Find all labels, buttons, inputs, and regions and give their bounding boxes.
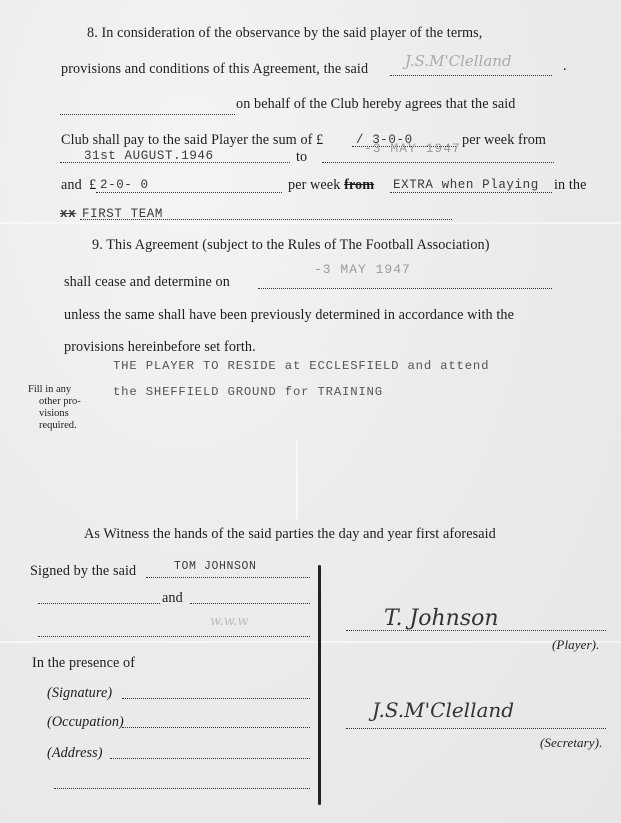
team-value: FIRST TEAM <box>82 207 163 221</box>
extra-sum-value: 2-0- 0 <box>100 178 149 192</box>
clause-8-line-1: 8. In consideration of the observance by… <box>87 25 482 42</box>
clause-8-line-2-text: provisions and conditions of this Agreem… <box>61 61 368 77</box>
presence-label: In the presence of <box>32 655 135 672</box>
faint-signature: w.w.w <box>210 614 249 629</box>
and-label: and <box>162 590 183 607</box>
in-the-label: in the <box>554 177 587 194</box>
currency-symbol: £ <box>89 177 96 193</box>
to-date-blank[interactable] <box>322 162 554 163</box>
per-week-label: per week from <box>288 177 374 194</box>
clause-8-line-3: on behalf of the Club hereby agrees that… <box>236 96 516 113</box>
period: . <box>563 58 567 75</box>
clause-8-line-6: and £ <box>61 177 96 194</box>
secretary-signature-line[interactable] <box>346 728 606 729</box>
witness-heading: As Witness the hands of the said parties… <box>84 526 496 543</box>
cease-date-stamp: -3 MAY 1947 <box>314 262 411 277</box>
struck-xx: xx <box>60 207 76 221</box>
from-date-value: 31st AUGUST.1946 <box>84 149 214 163</box>
party-blank-3[interactable] <box>38 636 310 637</box>
extra-sum-blank[interactable] <box>96 192 282 193</box>
extra-condition-value: EXTRA when Playing <box>393 178 539 192</box>
to-date-stamp: -3 MAY 1947 <box>364 141 461 156</box>
address-label: (Address) <box>47 745 103 762</box>
on-behalf-blank[interactable] <box>60 114 235 115</box>
signature-label: (Signature) <box>47 685 112 702</box>
clause-9-line-4: provisions hereinbefore set forth. <box>64 339 256 356</box>
signed-by-name: TOM JOHNSON <box>174 560 257 573</box>
paper-crease <box>0 222 621 224</box>
witness-signature-field[interactable] <box>122 698 310 699</box>
cease-date-blank[interactable] <box>258 288 552 289</box>
secretary-label: (Secretary). <box>540 735 602 751</box>
clause-9-line-2: shall cease and determine on <box>64 274 230 291</box>
extra-condition-blank[interactable] <box>390 192 552 193</box>
secretary-signature: J.S.M'Clelland <box>372 698 514 722</box>
said-party-signature: J.S.M'Clelland <box>405 52 512 70</box>
other-provisions-line-2: the SHEFFIELD GROUND for TRAINING <box>113 385 383 399</box>
witness-occupation-field[interactable] <box>122 727 310 728</box>
paper-crease <box>0 641 621 643</box>
struck-word: from <box>344 177 374 193</box>
party-blank-1[interactable] <box>38 603 160 604</box>
player-label: (Player). <box>552 637 599 653</box>
and-label: and <box>61 177 82 193</box>
player-signature: T. Johnson <box>384 606 499 631</box>
per-week-from: per week from <box>462 132 546 149</box>
signed-by-label: Signed by the said <box>30 563 136 580</box>
clause-8-line-4-text: Club shall pay to the said Player the su… <box>61 132 312 148</box>
signed-by-blank[interactable] <box>146 577 310 578</box>
witness-address-field[interactable] <box>110 758 310 759</box>
witness-address-field-2[interactable] <box>54 788 310 789</box>
currency-symbol: £ <box>316 132 323 148</box>
to-label: to <box>296 149 307 166</box>
clause-9-line-3: unless the same shall have been previous… <box>64 307 514 324</box>
clause-8-line-2: provisions and conditions of this Agreem… <box>61 61 368 78</box>
clause-8-line-4: Club shall pay to the said Player the su… <box>61 132 323 149</box>
paper-crease <box>296 440 298 520</box>
other-provisions-line-1: THE PLAYER TO RESIDE at ECCLESFIELD and … <box>113 359 489 373</box>
said-party-blank[interactable] <box>390 75 552 76</box>
margin-note: Fill in any other pro- visions required. <box>28 384 81 432</box>
brace-divider <box>318 565 321 805</box>
occupation-label: (Occupation) <box>47 714 124 731</box>
party-blank-2[interactable] <box>190 603 310 604</box>
clause-9-line-1: 9. This Agreement (subject to the Rules … <box>92 237 490 254</box>
